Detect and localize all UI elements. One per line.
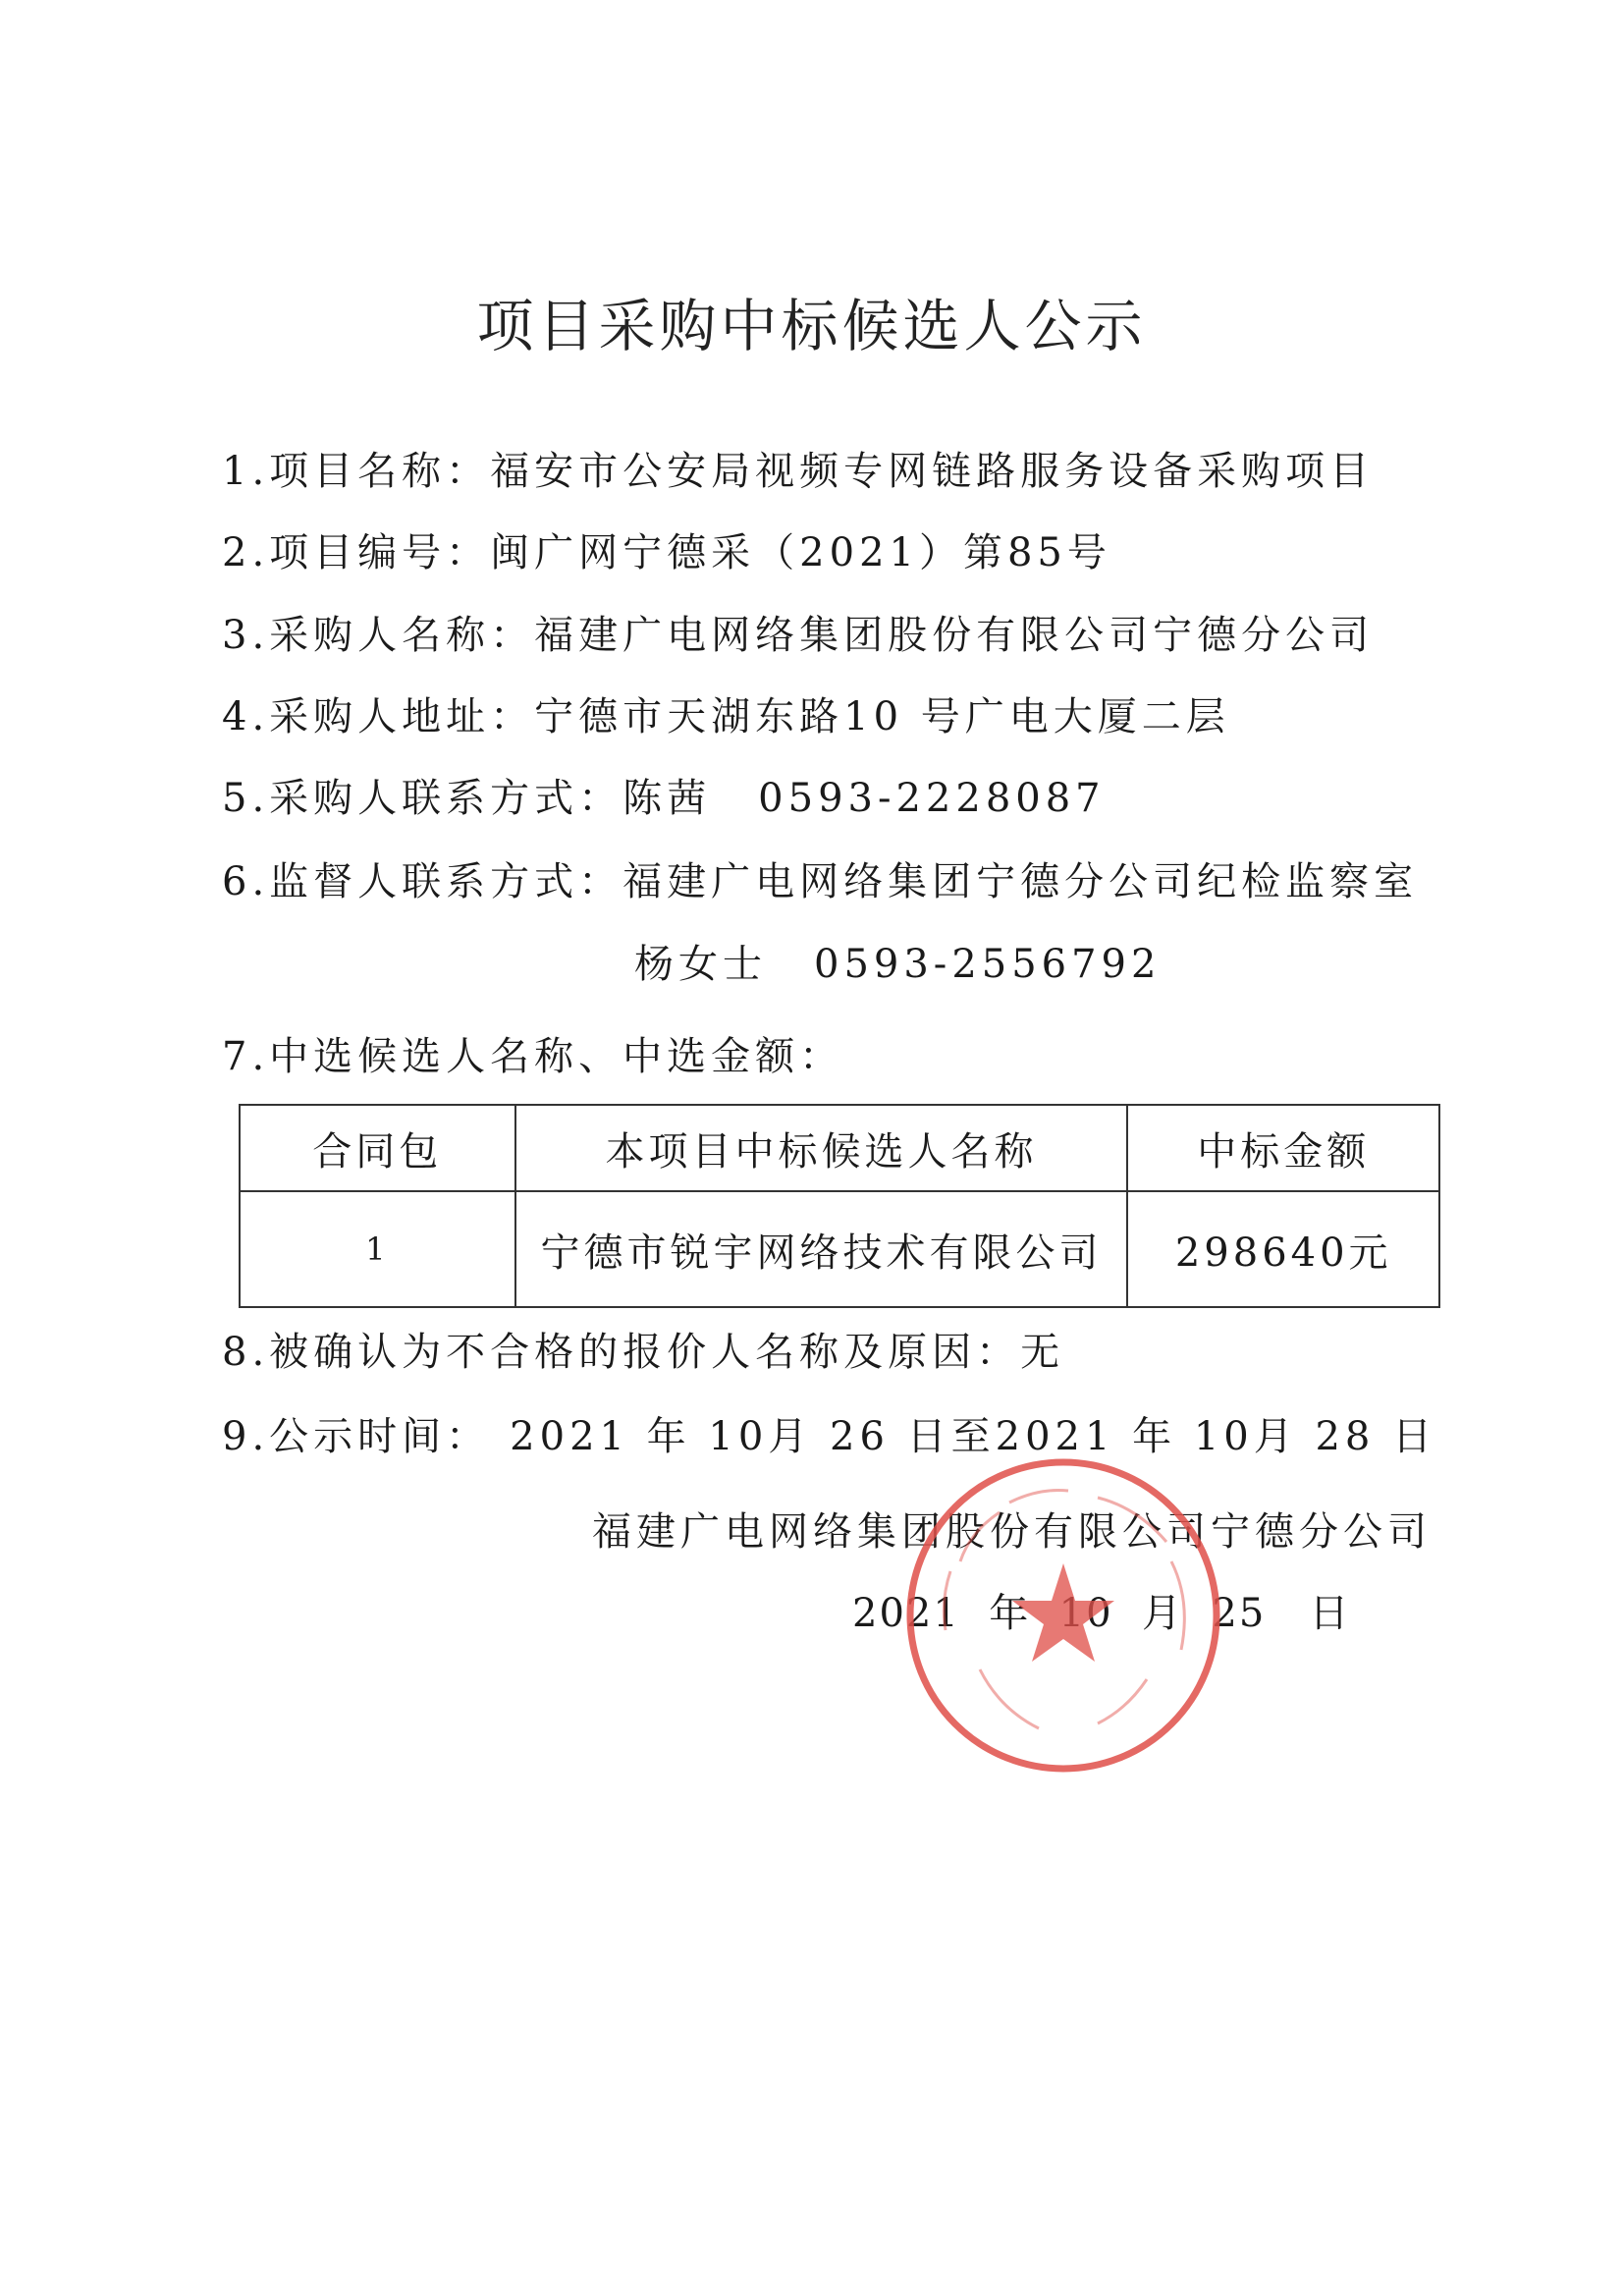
item-label: 采购人联系方式：	[269, 776, 622, 821]
item-value: 福建广电网络集团股份有限公司宁德分公司	[534, 613, 1374, 658]
contact-phone: 0593-2228087	[758, 776, 1105, 821]
cell-package: 1	[240, 1191, 515, 1307]
item-value: 福建广电网络集团宁德分公司纪检监察室	[622, 859, 1418, 904]
item-number: 4.	[222, 694, 269, 739]
item-purchaser-name: 3.采购人名称：福建广电网络集团股份有限公司宁德分公司	[222, 616, 1374, 655]
item-purchaser-address: 4.采购人地址：宁德市天湖东路10 号广电大厦二层	[222, 697, 1230, 737]
item-number: 9.	[222, 1414, 269, 1459]
item-supervisor-contact: 6.监督人联系方式：福建广电网络集团宁德分公司纪检监察室	[222, 862, 1418, 902]
header-amount: 中标金额	[1127, 1105, 1439, 1191]
item-publicity-period: 9.公示时间：2021 年 10月 26 日至2021 年 10月 28 日	[222, 1417, 1436, 1456]
item-project-number: 2.项目编号：闽广网宁德采（2021）第85号	[222, 533, 1111, 573]
supervisor-contact-person: 杨女士0593-2556792	[634, 945, 1161, 984]
item-label: 被确认为不合格的报价人名称及原因：	[269, 1330, 1020, 1375]
item-number: 5.	[222, 776, 269, 821]
cell-candidate: 宁德市锐宇网络技术有限公司	[515, 1191, 1128, 1307]
item-number: 8.	[222, 1330, 269, 1375]
item-number: 6.	[222, 859, 269, 904]
item-value: 2021 年 10月 26 日至2021 年 10月 28 日	[510, 1414, 1436, 1459]
item-disqualified: 8.被确认为不合格的报价人名称及原因：无	[222, 1333, 1064, 1372]
item-value: 无	[1020, 1330, 1064, 1375]
item-label: 监督人联系方式：	[269, 859, 622, 904]
contact-phone: 0593-2556792	[814, 942, 1161, 987]
item-label: 中选候选人名称、中选金额：	[269, 1034, 843, 1079]
item-value: 福安市公安局视频专网链路服务设备采购项目	[490, 449, 1374, 494]
item-label: 项目名称：	[269, 449, 490, 494]
award-table: 合同包 本项目中标候选人名称 中标金额 1 宁德市锐宇网络技术有限公司 2986…	[239, 1104, 1440, 1308]
header-candidate: 本项目中标候选人名称	[515, 1105, 1128, 1191]
item-number: 7.	[222, 1034, 269, 1079]
item-label: 项目编号：	[269, 530, 490, 575]
signature-date: 2021 年 10 月 25 日	[852, 1582, 1350, 1638]
item-value: 闽广网宁德采（2021）第85号	[490, 530, 1111, 575]
item-number: 3.	[222, 613, 269, 658]
cell-amount: 298640元	[1127, 1191, 1439, 1307]
table-row: 1 宁德市锐宇网络技术有限公司 298640元	[240, 1191, 1439, 1307]
signature-organization: 福建广电网络集团股份有限公司宁德分公司	[592, 1501, 1432, 1557]
item-label: 采购人地址：	[269, 694, 534, 739]
contact-name: 杨女士	[634, 942, 767, 987]
item-number: 2.	[222, 530, 269, 575]
item-label: 采购人名称：	[269, 613, 534, 658]
table-header-row: 合同包 本项目中标候选人名称 中标金额	[240, 1105, 1439, 1191]
item-label: 公示时间：	[269, 1414, 490, 1459]
item-award-heading: 7.中选候选人名称、中选金额：	[222, 1037, 843, 1076]
item-project-name: 1.项目名称：福安市公安局视频专网链路服务设备采购项目	[222, 452, 1374, 491]
page-title: 项目采购中标候选人公示	[0, 280, 1623, 362]
item-value: 宁德市天湖东路10 号广电大厦二层	[534, 694, 1230, 739]
contact-name: 陈茜	[622, 776, 711, 821]
item-number: 1.	[222, 449, 269, 494]
item-purchaser-contact: 5.采购人联系方式：陈茜0593-2228087	[222, 779, 1106, 818]
header-package: 合同包	[240, 1105, 515, 1191]
